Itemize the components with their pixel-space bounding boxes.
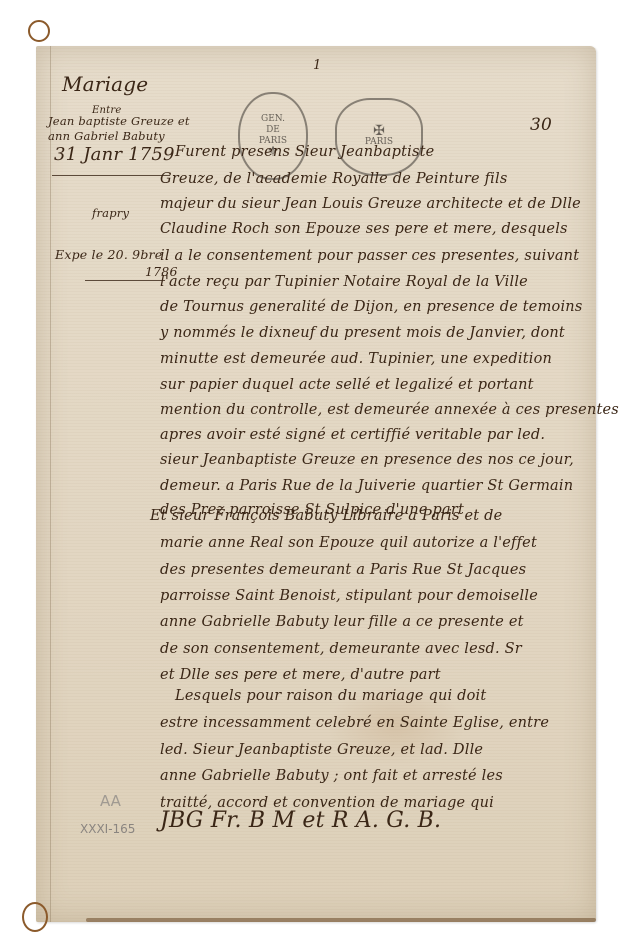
margin-signature-note: frapry — [92, 206, 129, 220]
margin-rule-1 — [52, 175, 170, 176]
binding-string-top — [28, 20, 50, 42]
party-initials: JBG Fr. B M et R A. G. B. — [160, 808, 441, 833]
contract-line: sur papier duquel acte sellé et legalizé… — [160, 377, 534, 393]
contract-line: demeur. a Paris Rue de la Juiverie quart… — [160, 478, 573, 494]
contract-line: Claudine Roch son Epouze ses pere et mer… — [160, 221, 568, 237]
contract-line: marie anne Real son Epouze quil autorize… — [160, 535, 537, 551]
contract-line: Lesquels pour raison du mariage qui doit — [175, 688, 486, 704]
contract-line: parroisse Saint Benoist, stipulant pour … — [160, 588, 538, 604]
contract-line: il a le consentement pour passer ces pre… — [160, 248, 579, 264]
margin-date: 31 Janr 1759 — [54, 144, 175, 165]
contract-line: anne Gabrielle Babuty ; ont fait et arre… — [160, 768, 503, 784]
contract-line: des presentes demeurant a Paris Rue St J… — [160, 562, 526, 578]
contract-line: Furent presens Sieur Jeanbaptiste — [175, 144, 434, 160]
contract-line: de son consentement, demeurante avec les… — [160, 641, 522, 657]
margin-title: Mariage — [62, 72, 148, 96]
contract-line: apres avoir esté signé et certiffié veri… — [160, 427, 545, 443]
binding-fold — [50, 46, 51, 922]
archive-mark-upper: AA — [100, 792, 121, 810]
seal-text: DE — [266, 125, 280, 136]
contract-line: l'acte reçu par Tupinier Notaire Royal d… — [160, 274, 528, 290]
binding-string-bottom — [22, 902, 48, 932]
seal-text: ✠ — [373, 126, 385, 137]
folio-number: 30 — [530, 115, 552, 135]
generalite-paris-seal: GEN. DE PARIS ⚜ — [238, 92, 308, 180]
contract-line: Et sieur François Babuty Libraire a Pari… — [150, 508, 502, 524]
torn-bottom-edge — [86, 918, 596, 922]
margin-party-groom: Jean baptiste Greuze et — [48, 114, 190, 128]
archive-reference: XXXI-165 — [80, 822, 135, 836]
contract-line: mention du controlle, est demeurée annex… — [160, 402, 619, 418]
contract-line: Greuze, de l'academie Royalle de Peintur… — [160, 171, 507, 187]
seal-text: GEN. — [261, 114, 285, 125]
contract-line: minutte est demeurée aud. Tupinier, une … — [160, 351, 552, 367]
contract-line: anne Gabrielle Babuty leur fille a ce pr… — [160, 614, 524, 630]
margin-registration-note: Expe le 20. 9bre — [55, 248, 162, 262]
margin-rule-2 — [85, 280, 165, 281]
margin-party-bride: ann Gabriel Babuty — [48, 129, 165, 143]
contract-line: led. Sieur Jeanbaptiste Greuze, et lad. … — [160, 742, 483, 758]
ornamental-stamp-seal: ✠ PARIS — [335, 98, 423, 176]
page-number: 1 — [313, 58, 321, 73]
contract-line: estre incessamment celebré en Sainte Egl… — [160, 715, 549, 731]
contract-line: de Tournus generalité de Dijon, en prese… — [160, 299, 583, 315]
contract-line: et Dlle ses pere et mere, d'autre part — [160, 667, 441, 683]
contract-line: sieur Jeanbaptiste Greuze en presence de… — [160, 452, 574, 468]
contract-line: y nommés le dixneuf du present mois de J… — [160, 325, 565, 341]
contract-line: majeur du sieur Jean Louis Greuze archit… — [160, 196, 581, 212]
